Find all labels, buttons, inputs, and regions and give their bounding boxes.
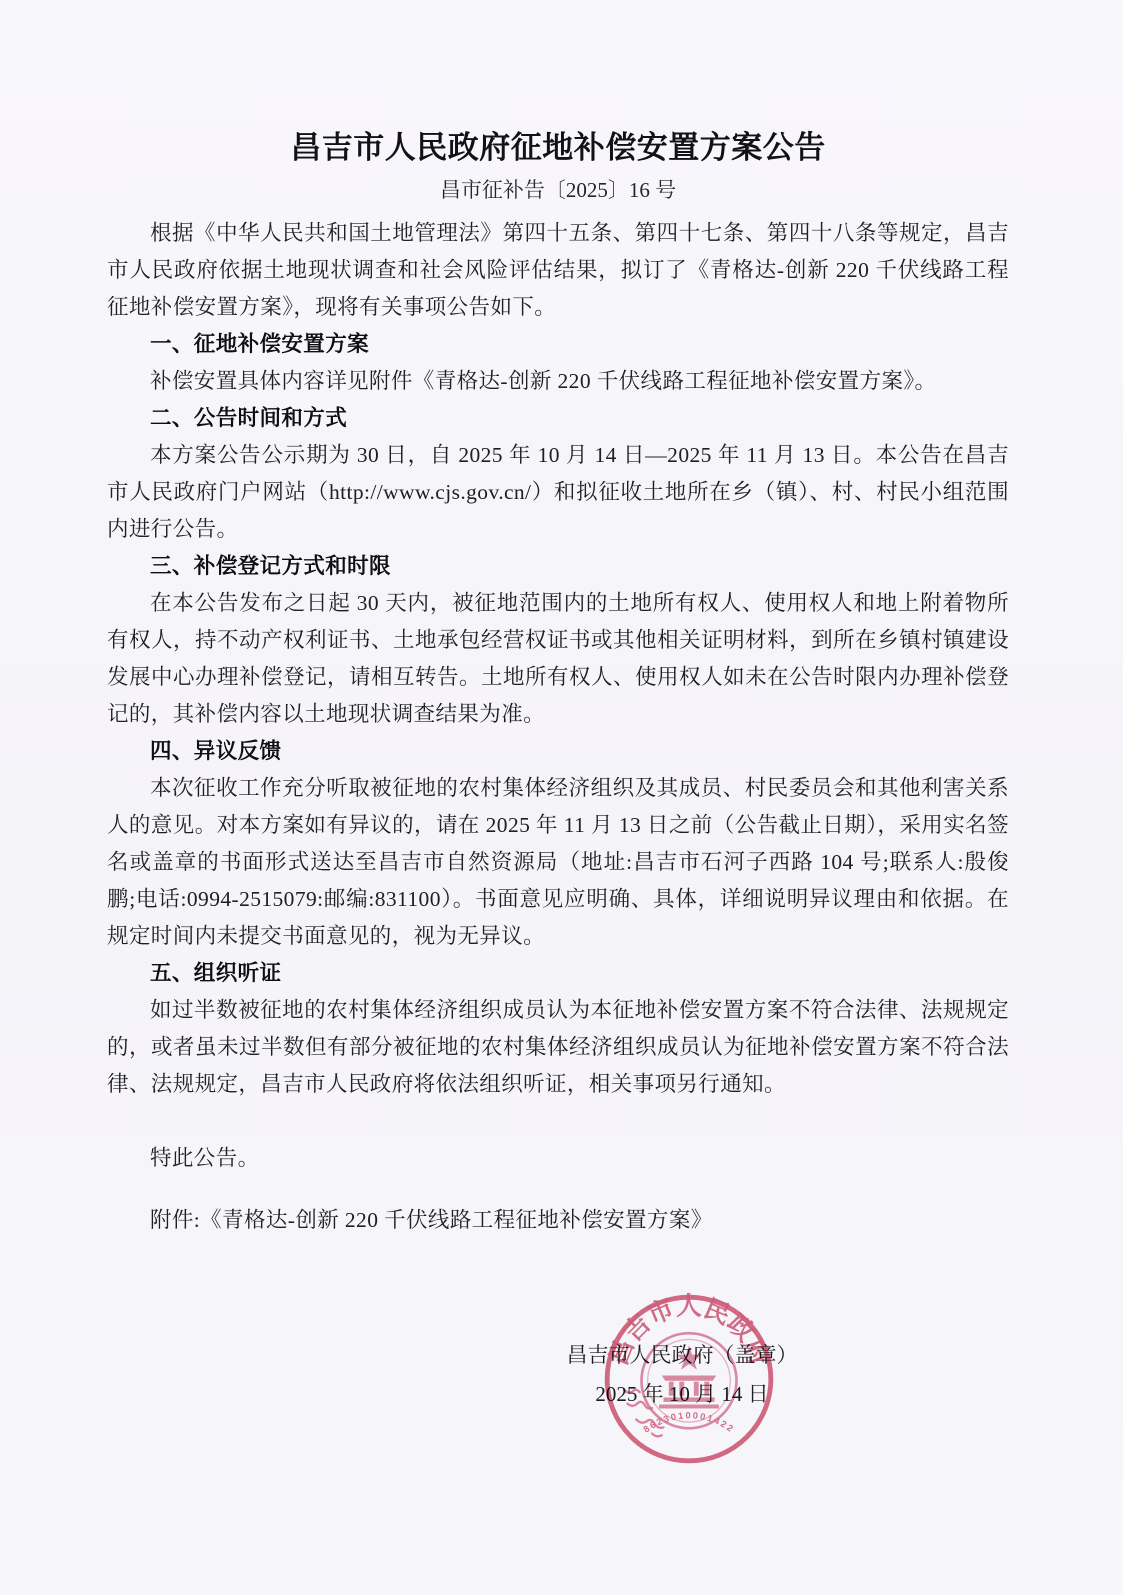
section-body-1: 补偿安置具体内容详见附件《青格达-创新 220 千伏线路工程征地补偿安置方案》。 — [107, 363, 1009, 400]
section-heading-3: 三、补偿登记方式和时限 — [107, 548, 1009, 585]
section-heading-5: 五、组织听证 — [107, 955, 1009, 992]
signature-issuer: 昌吉市人民政府（盖章） — [532, 1336, 832, 1375]
section-body-5: 如过半数被征地的农村集体经济组织成员认为本征地补偿安置方案不符合法律、法规规定的… — [107, 992, 1009, 1103]
section-heading-2: 二、公告时间和方式 — [107, 400, 1009, 437]
section-heading-4: 四、异议反馈 — [107, 733, 1009, 770]
document-title: 昌吉市人民政府征地补偿安置方案公告 — [107, 126, 1009, 170]
section-heading-1: 一、征地补偿安置方案 — [107, 326, 1009, 363]
signature-block: 昌吉市人民政府（盖章） 2025 年 10 月 14 日 — [532, 1336, 832, 1414]
document-number: 昌市征补告〔2025〕16 号 — [107, 176, 1009, 204]
document-body: 昌吉市人民政府征地补偿安置方案公告 昌市征补告〔2025〕16 号 根据《中华人… — [107, 126, 1009, 1239]
section-body-4: 本次征收工作充分听取被征地的农村集体经济组织及其成员、村民委员会和其他利害关系人… — [107, 770, 1009, 955]
signature-date: 2025 年 10 月 14 日 — [532, 1375, 832, 1414]
closing-statement: 特此公告。 — [107, 1140, 1009, 1177]
scanned-document-page: 昌吉市人民政府征地补偿安置方案公告 昌市征补告〔2025〕16 号 根据《中华人… — [0, 0, 1123, 1595]
attachment-line: 附件:《青格达-创新 220 千伏线路工程征地补偿安置方案》 — [107, 1202, 1009, 1239]
intro-paragraph: 根据《中华人民共和国土地管理法》第四十五条、第四十七条、第四十八条等规定，昌吉市… — [107, 215, 1009, 326]
section-body-2: 本方案公告公示期为 30 日，自 2025 年 10 月 14 日—2025 年… — [107, 437, 1009, 548]
seal-code-arc-text: 8623010001422 — [642, 1410, 737, 1434]
section-body-3: 在本公告发布之日起 30 天内，被征地范围内的土地所有权人、使用权人和地上附着物… — [107, 585, 1009, 733]
